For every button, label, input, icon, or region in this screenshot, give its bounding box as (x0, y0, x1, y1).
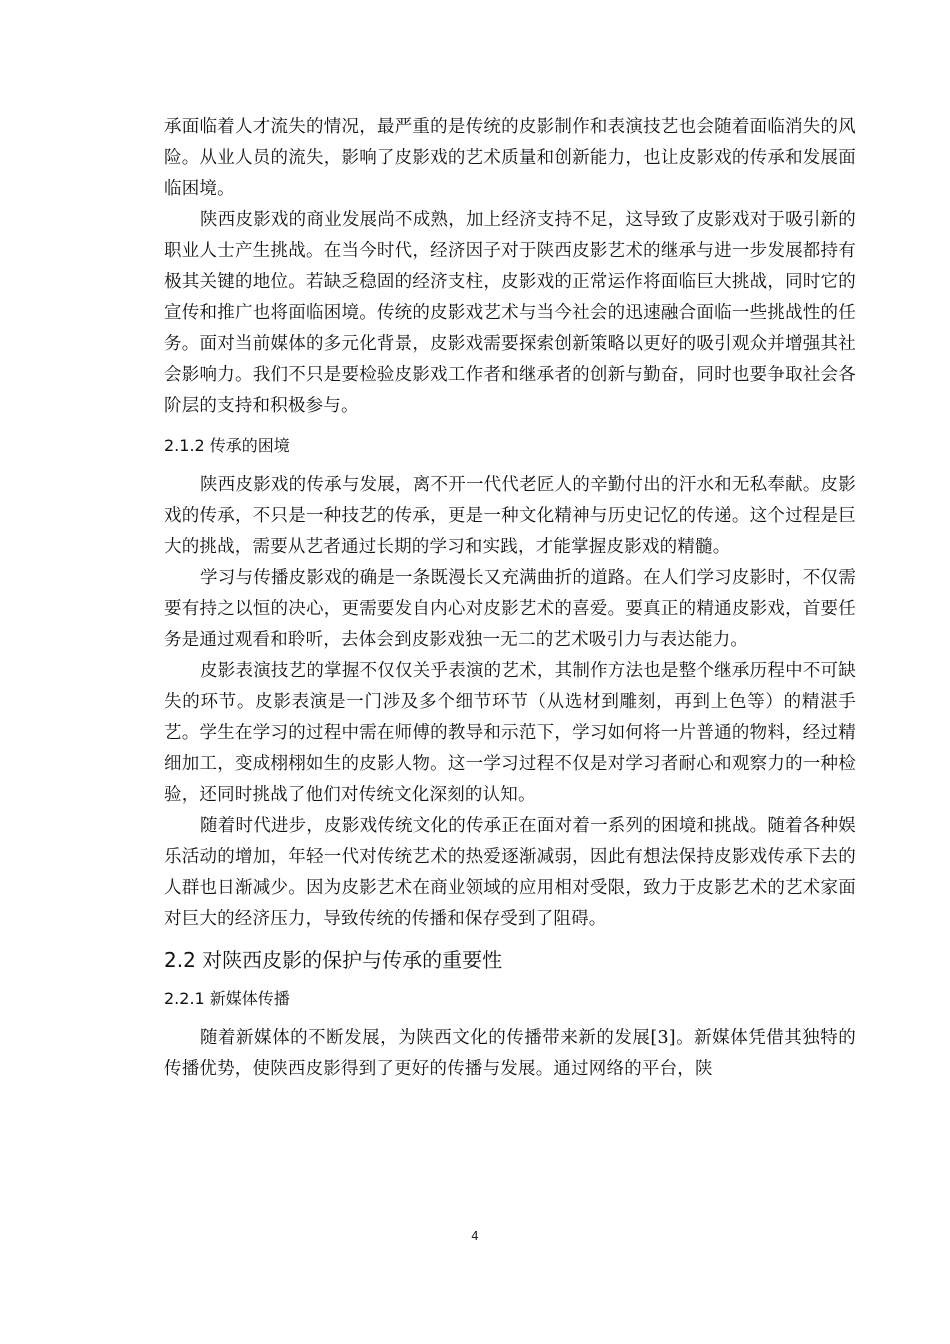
paragraph-challenges: 随着时代进步，皮影戏传统文化的传承正在面对着一系列的困境和挑战。随着各种娱乐活动… (164, 811, 856, 935)
heading-2-2: 2.2 对陕西皮影的保护与传承的重要性 (164, 945, 856, 975)
heading-2-1-2: 2.1.2 传承的困境 (164, 434, 856, 458)
paragraph-craft-skills: 皮影表演技艺的掌握不仅仅关乎表演的艺术，其制作方法也是整个继承历程中不可缺失的环… (164, 656, 856, 811)
page-number: 4 (0, 1229, 950, 1243)
paragraph-inheritance: 陕西皮影戏的传承与发展，离不开一代代老匠人的辛勤付出的汗水和无私奉献。皮影戏的传… (164, 470, 856, 563)
paragraph-learning: 学习与传播皮影戏的确是一条既漫长又充满曲折的道路。在人们学习皮影时，不仅需要有持… (164, 563, 856, 656)
heading-2-2-1: 2.2.1 新媒体传播 (164, 987, 856, 1011)
paragraph-continuation: 承面临着人才流失的情况，最严重的是传统的皮影制作和表演技艺也会随着面临消失的风险… (164, 112, 856, 205)
document-body: 承面临着人才流失的情况，最严重的是传统的皮影制作和表演技艺也会随着面临消失的风险… (164, 112, 856, 1085)
paragraph-commercial-development: 陕西皮影戏的商业发展尚不成熟，加上经济支持不足，这导致了皮影戏对于吸引新的职业人… (164, 205, 856, 422)
paragraph-new-media: 随着新媒体的不断发展，为陕西文化的传播带来新的发展[3]。新媒体凭借其独特的传播… (164, 1023, 856, 1085)
